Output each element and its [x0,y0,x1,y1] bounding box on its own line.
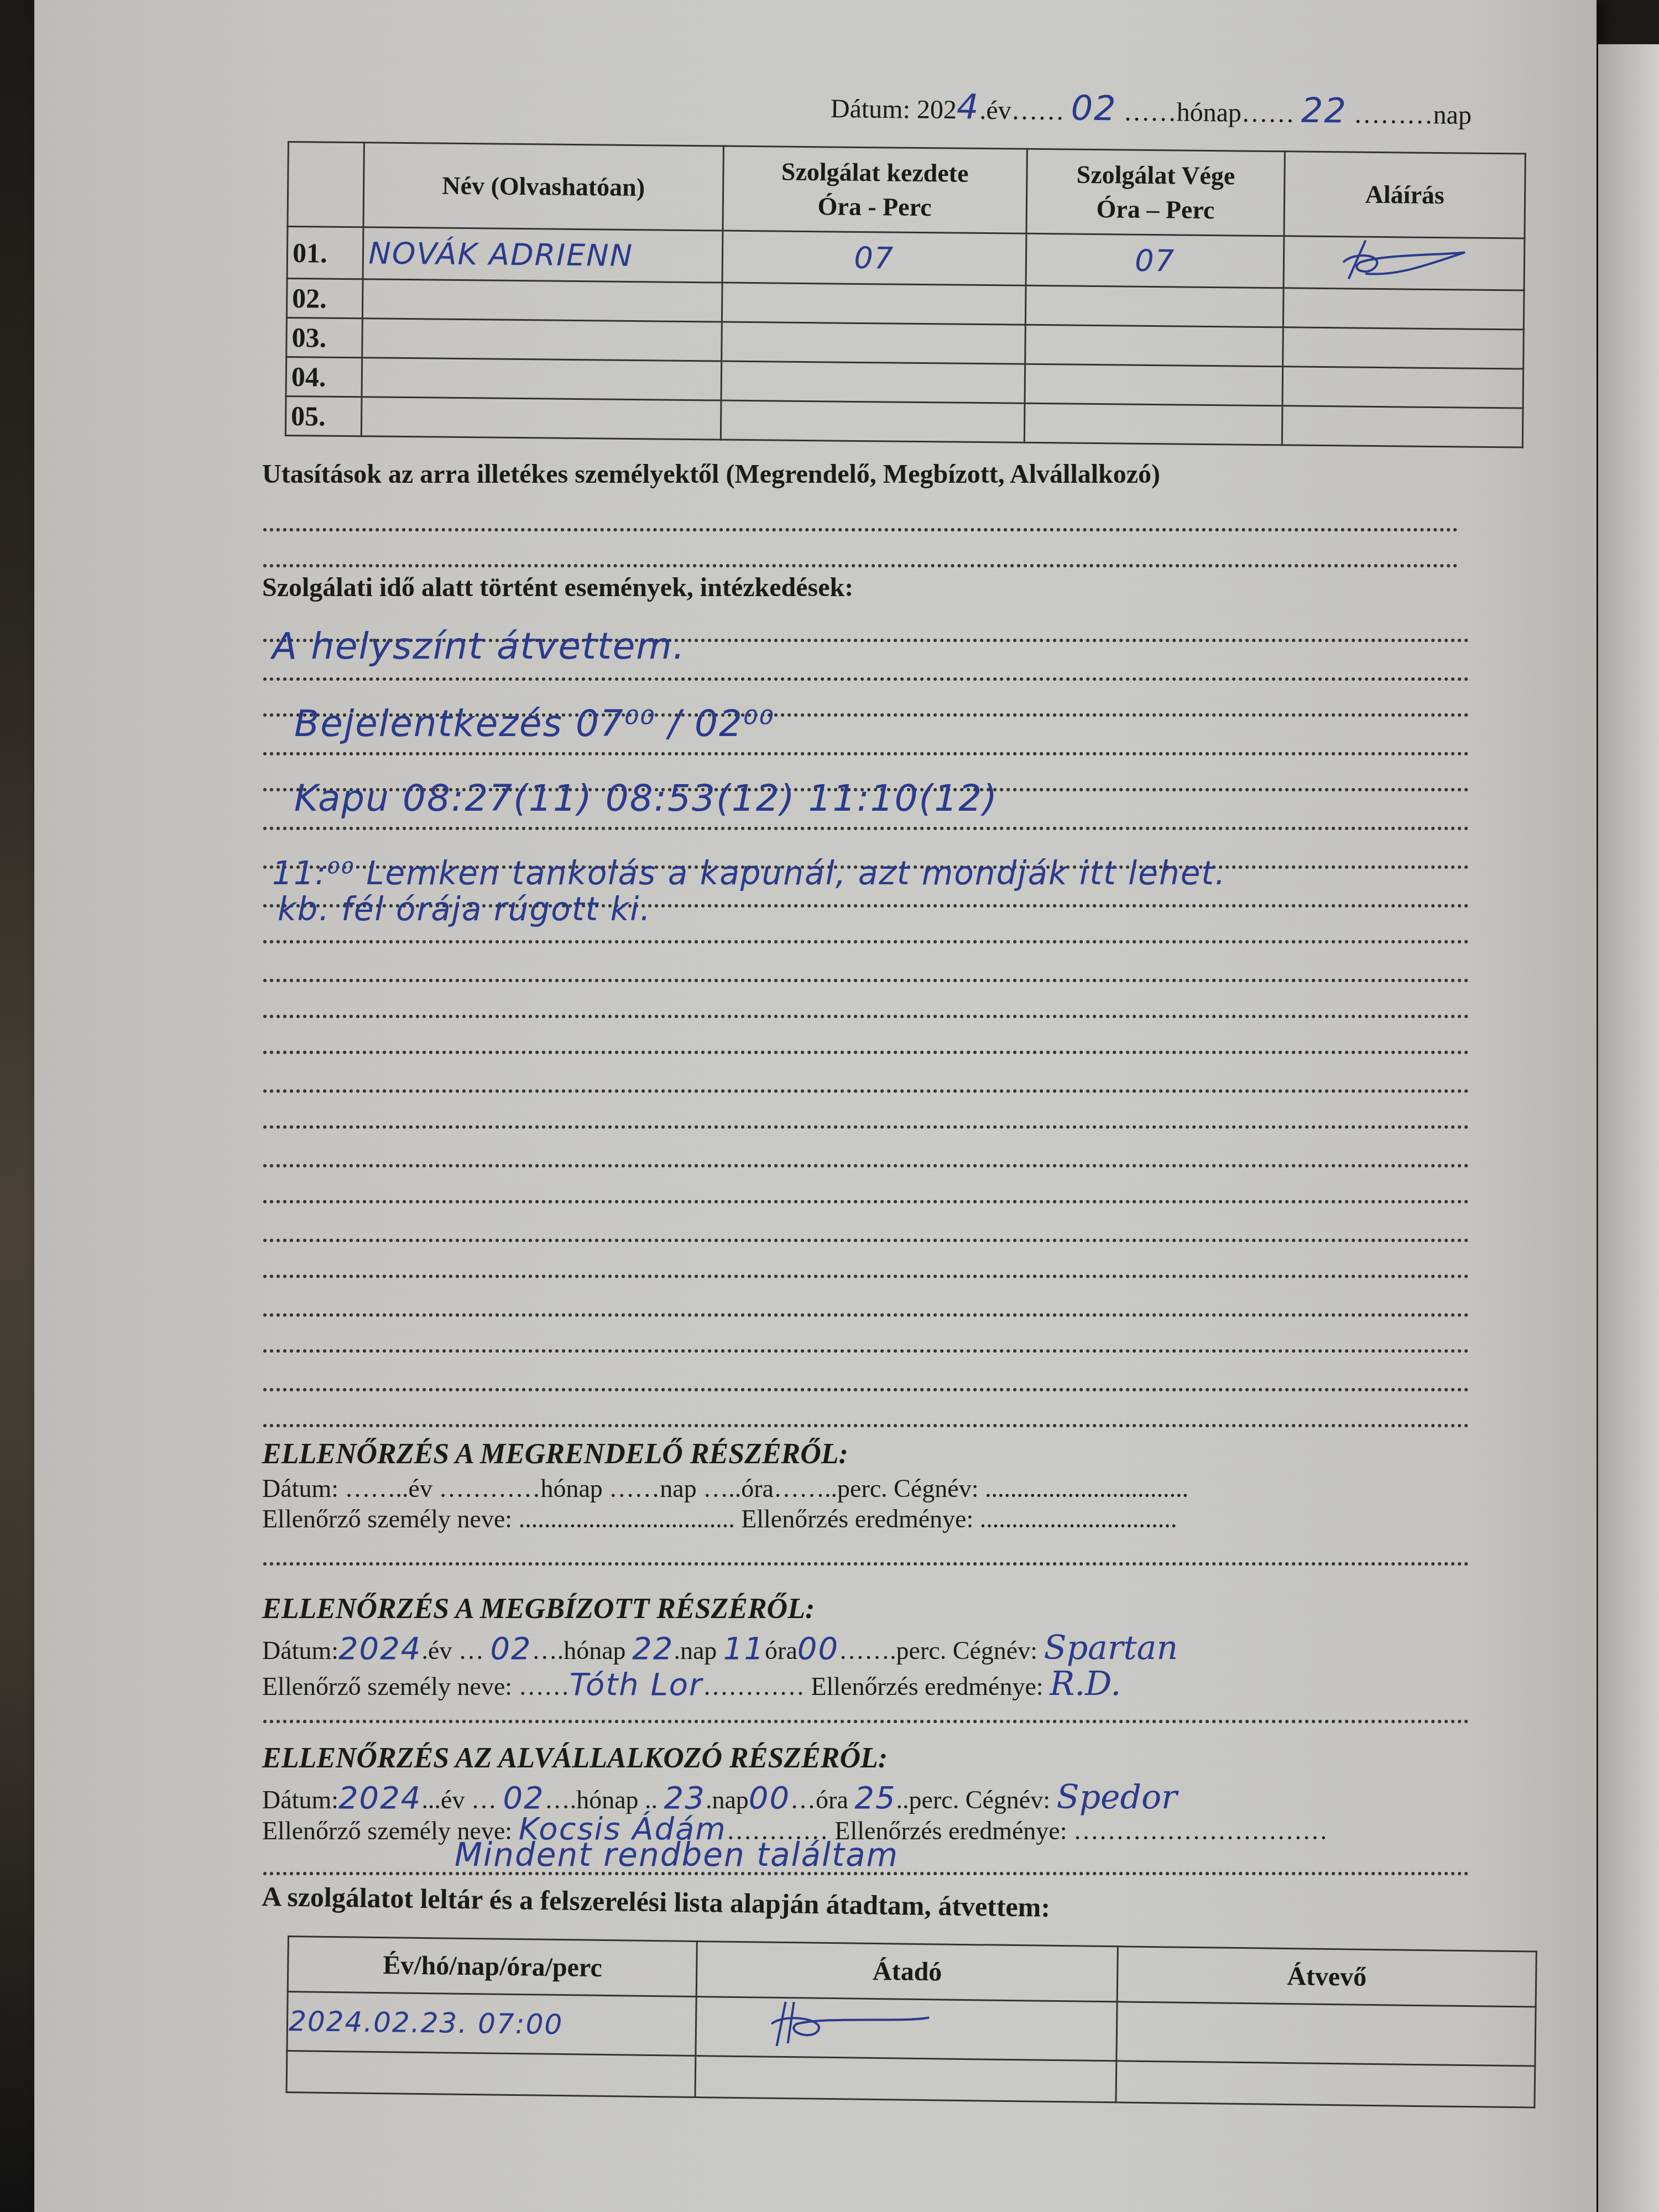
instructions-title: Utasítások az arra illetékes személyektő… [262,459,1160,489]
events-line[interactable] [263,1200,1469,1203]
col-header-giver: Átadó [697,1942,1118,2002]
end-cell[interactable] [1025,364,1283,405]
datetime-cell[interactable]: 2024.02.23. 07:00 [287,1992,697,2056]
receiver-cell[interactable] [1117,2002,1536,2066]
events-line[interactable] [263,1313,1469,1317]
control-agent-title: ELLENŐRZÉS A MEGBÍZOTT RÉSZÉRŐL: [262,1593,815,1625]
signature-cell[interactable] [1282,406,1523,447]
signature-scribble-icon [763,1999,941,2051]
start-cell[interactable] [722,283,1026,325]
control-agent-year[interactable]: 2024 [338,1631,422,1667]
events-line[interactable] [263,1424,1469,1427]
control-subcontractor-result[interactable]: Mindent rendben találtam [455,1836,899,1874]
start-cell[interactable]: 07 [722,231,1026,285]
events-line[interactable] [263,1015,1469,1018]
events-line[interactable] [263,1051,1469,1054]
events-entry: Kapu 08:27(11) 08:53(12) 11:10(12) [294,777,998,820]
start-cell[interactable] [721,361,1025,403]
start-cell[interactable] [721,400,1025,442]
control-agent-month[interactable]: 02 [490,1631,531,1667]
signature-cell[interactable] [1284,236,1525,290]
events-line[interactable] [263,1275,1469,1278]
col-header-name: Név (Olvashatóan) [363,143,723,231]
events-line[interactable] [263,979,1469,982]
giver-cell[interactable] [695,2056,1117,2103]
control-agent-person-line: Ellenőrző személy neve: ……Tóth Lor………… E… [262,1665,1121,1703]
receiver-cell[interactable] [1116,2061,1535,2107]
control-agent-result[interactable]: R.D. [1050,1665,1121,1703]
signature-scribble-icon [1332,237,1477,283]
events-line[interactable] [263,940,1469,943]
instructions-line[interactable] [263,564,1458,567]
events-line[interactable] [263,827,1469,830]
signature-cell[interactable] [1283,327,1524,369]
end-cell[interactable] [1024,403,1282,445]
signature-cell[interactable] [1284,288,1524,330]
signature-cell[interactable] [1282,367,1523,408]
header-month-field[interactable]: 02 [1071,87,1117,128]
shift-table: Név (Olvashatóan) Szolgálat kezdete Óra … [285,141,1526,448]
name-cell[interactable]: NOVÁK ADRIENN [363,227,723,283]
col-header-start: Szolgálat kezdete Óra - Perc [723,146,1027,233]
control-agent-day[interactable]: 22 [632,1631,674,1667]
col-header-number [288,142,364,227]
header-date: Dátum: 2024.év…… 02 ……hónap…… 22 ………nap [831,85,1472,132]
control-agent-minute[interactable]: 00 [797,1631,839,1667]
header-day-field[interactable]: 22 [1301,90,1348,131]
control-client-date-line[interactable]: Dátum: ……..év …………hónap ……nap …..óra……..… [262,1474,1188,1503]
col-header-end: Szolgálat Vége Óra – Perc [1026,149,1285,236]
control-client-person-line[interactable]: Ellenőrző személy neve: ................… [262,1504,1177,1533]
control-agent-company[interactable]: Spartan [1044,1629,1178,1667]
events-entry: Bejelentkezés 07⁰⁰ / 02⁰⁰ [294,702,775,745]
name-cell[interactable] [362,319,722,361]
end-cell[interactable] [1025,285,1284,327]
control-client-extra-line[interactable] [263,1562,1469,1566]
control-agent-date-line: Dátum:2024.év … 02….hónap 22.nap 11óra00… [262,1629,1178,1667]
events-title: Szolgálati idő alatt történt események, … [262,572,853,603]
events-entry: kb. fél órája rúgott ki. [278,890,651,928]
events-line[interactable] [263,752,1469,755]
name-cell[interactable] [362,358,722,400]
name-cell[interactable] [363,279,722,322]
end-cell[interactable] [1025,325,1284,366]
events-line[interactable] [263,677,1469,681]
form-page: Dátum: 2024.év…… 02 ……hónap…… 22 ………nap … [34,0,1597,2212]
header-year-field[interactable]: 4 [957,86,980,127]
control-agent-extra-line[interactable] [263,1720,1469,1723]
start-cell[interactable] [721,322,1025,364]
control-agent-hour[interactable]: 11 [723,1631,765,1667]
events-line[interactable] [263,1388,1469,1391]
events-line[interactable] [263,1349,1469,1353]
datetime-cell[interactable] [286,2051,696,2098]
col-header-receiver: Átvevő [1117,1947,1536,2007]
giver-cell[interactable] [696,1997,1117,2061]
events-entry: A helyszínt átvettem. [272,625,686,667]
shift-table-header: Név (Olvashatóan) Szolgálat kezdete Óra … [288,142,1525,238]
events-entry: 11:⁰⁰ Lemken tankolás a kapunál, azt mon… [272,854,1227,892]
control-client-title: ELLENŐRZÉS A MEGRENDELŐ RÉSZÉRŐL: [262,1438,848,1470]
events-line[interactable] [263,1089,1469,1093]
col-header-signature: Aláírás [1284,152,1525,238]
control-agent-person[interactable]: Tóth Lor [570,1667,703,1703]
events-line[interactable] [263,1239,1469,1242]
end-cell[interactable]: 07 [1026,233,1284,288]
handover-table: Év/hó/nap/óra/perc Átadó Átvevő 2024.02.… [286,1936,1537,2109]
next-page-edge [1598,44,1659,2212]
events-line[interactable] [263,1125,1469,1129]
handover-title: A szolgálatot leltár és a felszerelési l… [262,1880,1050,1923]
events-line[interactable] [263,1164,1469,1167]
name-cell[interactable] [362,397,721,440]
col-header-datetime: Év/hó/nap/óra/perc [288,1937,697,1997]
instructions-line[interactable] [263,528,1458,531]
control-subcontractor-title: ELLENŐRZÉS AZ ALVÁLLALKOZÓ RÉSZÉRŐL: [262,1742,888,1775]
